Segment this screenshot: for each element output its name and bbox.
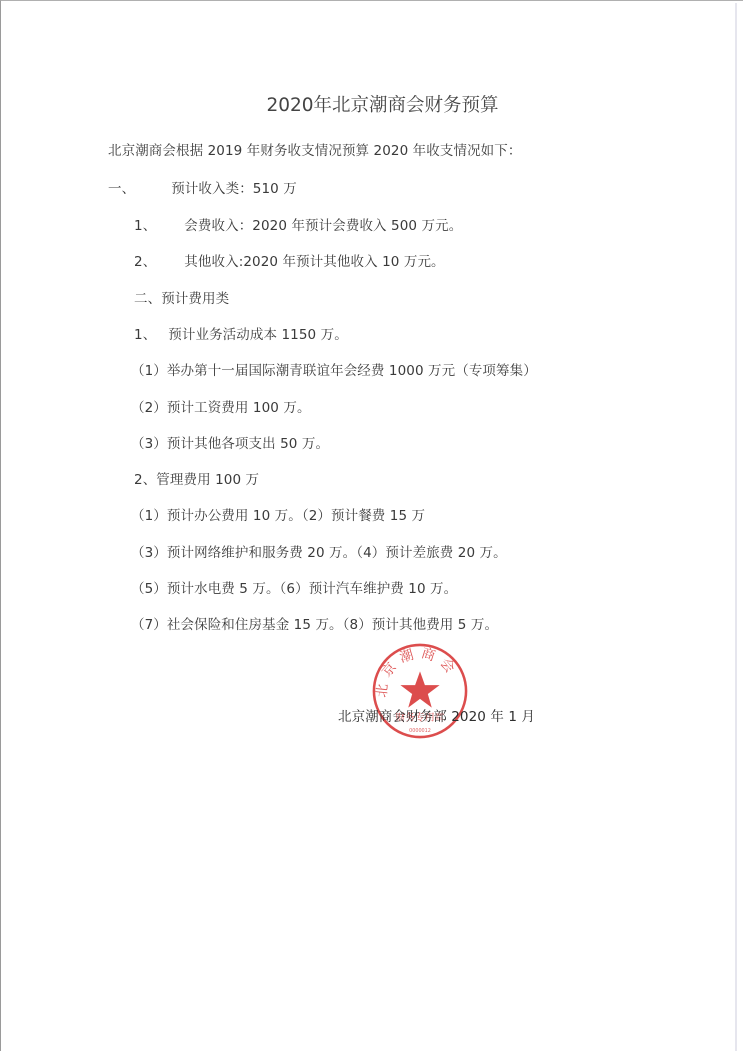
intro-paragraph: 北京潮商会根据 2019 年财务收支情况预算 2020 年收支情况如下： xyxy=(108,142,521,160)
document-page: 2020年北京潮商会财务预算 北京潮商会根据 2019 年财务收支情况预算 20… xyxy=(0,0,743,1051)
income-item-2-text: 其他收入:2020 年预计其他收入 10 万元。 xyxy=(184,254,444,270)
document-title: 2020年北京潮商会财务预算 xyxy=(1,94,743,118)
management-item-line-1: （1）预计办公费用 10 万。（2）预计餐费 15 万 xyxy=(131,507,425,525)
management-item-line-4: （7）社会保险和住房基金 15 万。（8）预计其他费用 5 万。 xyxy=(131,616,498,634)
income-item-2: 2、其他收入:2020 年预计其他收入 10 万元。 xyxy=(134,253,445,271)
income-item-1-text: 会费收入：2020 年预计会费收入 500 万元。 xyxy=(184,218,462,234)
income-item-1: 1、会费收入：2020 年预计会费收入 500 万元。 xyxy=(134,217,462,235)
income-item-2-marker: 2、 xyxy=(134,254,156,270)
signature-line: 北京潮商会财务部 2020 年 1 月 xyxy=(338,708,535,726)
expense-sub-1-title: 预计业务活动成本 1150 万。 xyxy=(168,327,348,343)
scan-edge-line xyxy=(735,3,737,1051)
business-cost-item-1: （1）举办第十一届国际潮青联谊年会经费 1000 万元（专项筹集） xyxy=(131,362,537,380)
expense-sub-1-marker: 1、 xyxy=(134,327,156,343)
expense-sub-2-heading: 2、管理费用 100 万 xyxy=(134,471,259,489)
management-item-line-2: （3）预计网络维护和服务费 20 万。（4）预计差旅费 20 万。 xyxy=(131,544,507,562)
management-item-line-3: （5）预计水电费 5 万。（6）预计汽车维护费 10 万。 xyxy=(131,580,457,598)
section-1-title: 预计收入类：510 万 xyxy=(171,181,297,197)
stamp-serial: 0000012 xyxy=(409,728,431,734)
section-1-heading: 一、预计收入类：510 万 xyxy=(108,180,297,198)
business-cost-item-3: （3）预计其他各项支出 50 万。 xyxy=(131,435,329,453)
income-item-1-marker: 1、 xyxy=(134,218,156,234)
section-1-marker: 一、 xyxy=(108,181,135,197)
business-cost-item-2: （2）预计工资费用 100 万。 xyxy=(131,399,311,417)
expense-sub-1-heading: 1、预计业务活动成本 1150 万。 xyxy=(134,326,348,344)
section-2-heading: 二、预计费用类 xyxy=(134,290,229,308)
